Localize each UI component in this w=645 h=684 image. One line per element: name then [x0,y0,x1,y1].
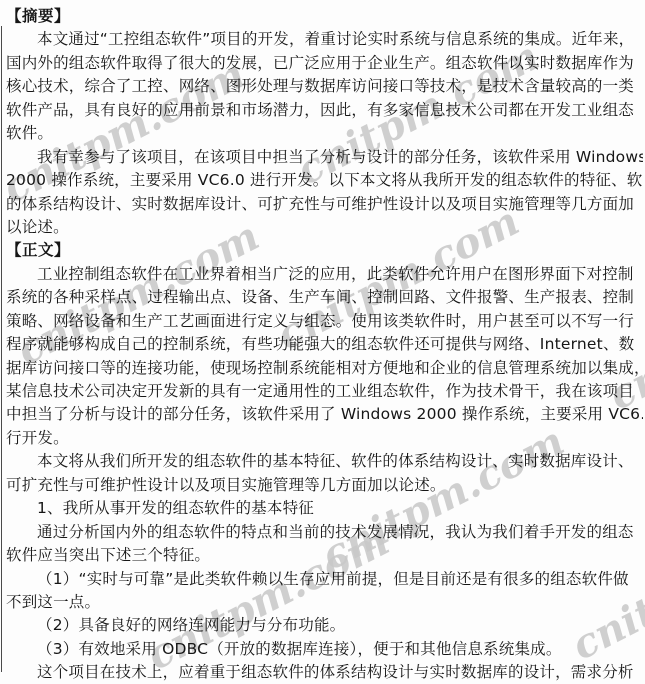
text-line: 1、我所从事开发的组态软件的基本特征 [6,497,643,520]
text-line: 2000 操作系统，主要采用 VC6.0 进行开发。以下本文将从我所开发的组态软… [6,169,643,192]
text-line: 策略、网络设备和生产工艺画面进行定义与组态。使用该类软件时，用户甚至可以不写一行 [6,310,643,333]
text-line: 本文通过“工控组态软件”项目的开发，着重讨论实时系统与信息系统的集成。近年来， [6,28,643,51]
text-line: 行开发。 [6,427,643,450]
text-line: 中担当了分析与设计的部分任务，该软件采用了 Windows 2000 操作系统，… [6,403,643,426]
section-header: 【正文】 [6,239,643,262]
text-line: 系统的各种采样点、过程输出点、设备、生产车间、控制回路、文件报警、生产报表、控制 [6,286,643,309]
left-border-line [1,26,2,672]
text-line: 某信息技术公司决定开发新的具有一定通用性的工业组态软件，作为技术骨干，我在该项目 [6,380,643,403]
text-line: 以论述。 [6,216,643,239]
text-line: （1）“实时与可靠”是此类软件赖以生存应用前提，但是目前还是有很多的组态软件做 [6,568,643,591]
section-header: 【摘要】 [6,5,643,28]
document-page: cnitpm.com cnitpm.com cnitpm.com cnitpm.… [0,0,645,684]
text-line: 程序就能够构成自己的控制系统，有些功能强大的组态软件还可提供与网络、Intern… [6,333,643,356]
text-line: 软件。 [6,122,643,145]
text-line: 的体系结构设计、实时数据库设计、可扩充性与可维护性设计以及项目实施管理等几方面加 [6,193,643,216]
text-line: 工业控制组态软件在工业界着相当广泛的应用，此类软件允许用户在图形界面下对控制 [6,263,643,286]
text-line: 据库访问接口等的连接功能，使现场控制系统能相对方便地和企业的信息管理系统加以集成… [6,357,643,380]
text-line: （3）有效地采用 ODBC（开放的数据库连接），便于和其他信息系统集成。 [6,638,643,661]
text-line: 我有幸参与了该项目，在该项目中担当了分析与设计的部分任务，该软件采用 Windo… [6,146,643,169]
text-line: （2）具备良好的网络连网能力与分布功能。 [6,614,643,637]
text-line: 这个项目在技术上，应着重于组态软件的体系结构设计与实时数据库的设计，需求分析 [6,661,643,684]
text-line: 软件应当突出下述三个特征。 [6,544,643,567]
text-line: 国内外的组态软件取得了很大的发展，已广泛应用于企业生产。组态软件以实时数据库作为 [6,52,643,75]
text-line: 核心技术，综合了工控、网络、图形处理与数据库访问接口等技术，是技术含量较高的一类 [6,75,643,98]
text-line: 不到这一点。 [6,591,643,614]
text-line: 通过分析国内外的组态软件的特点和当前的技术发展情况，我认为我们着手开发的组态 [6,521,643,544]
text-line: 本文将从我们所开发的组态软件的基本特征、软件的体系结构设计、实时数据库设计、 [6,450,643,473]
document-body: 【摘要】本文通过“工控组态软件”项目的开发，着重讨论实时系统与信息系统的集成。近… [6,5,643,684]
text-line: 软件产品，具有良好的应用前景和市场潜力，因此，有多家信息技术公司都在开发工业组态 [6,99,643,122]
text-line: 可扩充性与可维护性设计以及项目实施管理等几方面加以论述。 [6,474,643,497]
